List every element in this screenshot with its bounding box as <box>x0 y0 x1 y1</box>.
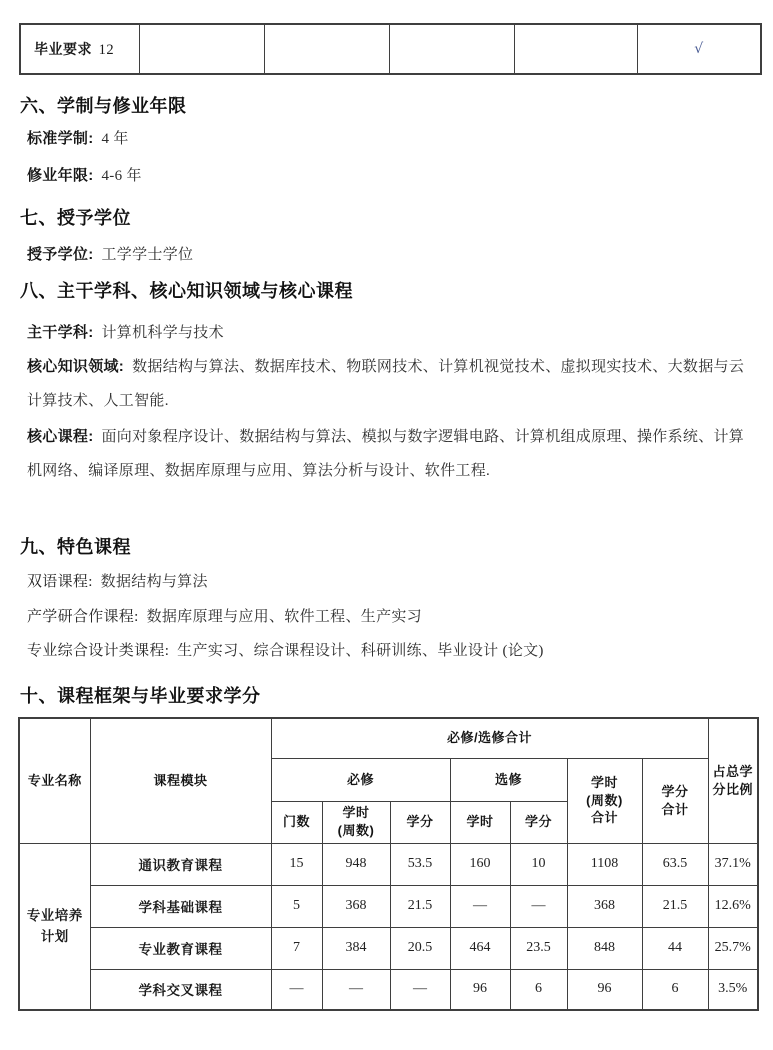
requirement-number: 12 <box>99 42 115 58</box>
empty-cell <box>264 24 389 74</box>
value-cell: 464 <box>450 927 510 969</box>
value-cell: 15 <box>271 843 322 885</box>
value-cell: 23.5 <box>510 927 567 969</box>
value-cell: 12.6% <box>708 885 758 927</box>
field-degree: 授予学位:工学学士学位 <box>27 238 755 272</box>
header-req-hours: 学时 (周数) <box>322 801 390 843</box>
header-combined-total: 必修/选修合计 <box>271 718 708 758</box>
header-required: 必修 <box>271 758 450 801</box>
field-design-courses: 专业综合设计类课程:生产实习、综合课程设计、科研训练、毕业设计 (论文) <box>27 634 755 668</box>
field-value: 工学学士学位 <box>102 247 194 263</box>
field-value: 计算机科学与技术 <box>102 325 224 341</box>
header-major-name: 专业名称 <box>19 718 90 843</box>
value-cell: 44 <box>642 927 708 969</box>
value-cell: 5 <box>271 885 322 927</box>
header-req-credits: 学分 <box>390 801 450 843</box>
module-cell: 通识教育课程 <box>90 843 271 885</box>
field-industry-courses: 产学研合作课程:数据库原理与应用、软件工程、生产实习 <box>27 600 755 634</box>
table-row: 学科交叉课程 — — — 96 6 96 6 3.5% <box>19 969 758 1010</box>
requirement-label-cell: 毕业要求 12 <box>20 24 139 74</box>
value-cell: 21.5 <box>390 885 450 927</box>
value-cell: 21.5 <box>642 885 708 927</box>
field-label: 产学研合作课程: <box>27 609 139 625</box>
value-cell: 25.7% <box>708 927 758 969</box>
document-page: 毕业要求 12 √ 六、学制与修业年限 标准学制:4 年 修业年限:4-6 年 … <box>0 0 773 1050</box>
value-cell: 6 <box>642 969 708 1010</box>
value-cell: 63.5 <box>642 843 708 885</box>
graduation-requirement-row: 毕业要求 12 √ <box>20 24 761 74</box>
section-title-8: 八、主干学科、核心知识领域与核心课程 <box>20 277 353 303</box>
field-label: 专业综合设计类课程: <box>27 643 169 659</box>
value-cell: 53.5 <box>390 843 450 885</box>
field-value: 4-6 年 <box>102 168 142 184</box>
header-total-credits: 学分 合计 <box>642 758 708 843</box>
value-cell: — <box>510 885 567 927</box>
requirement-label: 毕业要求 <box>34 41 92 57</box>
field-value: 4 年 <box>102 131 129 147</box>
value-cell: 848 <box>567 927 642 969</box>
field-label: 核心课程: <box>27 428 94 445</box>
field-label: 双语课程: <box>27 574 93 590</box>
value-cell: 368 <box>567 885 642 927</box>
empty-cell <box>139 24 264 74</box>
field-standard-duration: 标准学制:4 年 <box>27 122 755 156</box>
field-core-courses: 核心课程:面向对象程序设计、数据结构与算法、模拟与数字逻辑电路、计算机组成原理、… <box>27 420 755 488</box>
value-cell: 7 <box>271 927 322 969</box>
value-cell: 96 <box>567 969 642 1010</box>
section-title-10: 十、课程框架与毕业要求学分 <box>20 682 261 708</box>
value-cell: 160 <box>450 843 510 885</box>
field-bilingual-courses: 双语课程:数据结构与算法 <box>27 565 755 599</box>
value-cell: 20.5 <box>390 927 450 969</box>
value-cell: — <box>322 969 390 1010</box>
header-ele-credits: 学分 <box>510 801 567 843</box>
field-value: 数据结构与算法、数据库技术、物联网技术、计算机视觉技术、虚拟现实技术、大数据与云… <box>27 359 744 409</box>
value-cell: 948 <box>322 843 390 885</box>
header-elective: 选修 <box>450 758 567 801</box>
header-row-1: 专业名称 课程模块 必修/选修合计 占总学分比例 <box>19 718 758 758</box>
field-label: 核心知识领域: <box>27 358 124 375</box>
section-title-7: 七、授予学位 <box>20 204 131 230</box>
value-cell: — <box>271 969 322 1010</box>
header-total-hours: 学时 (周数) 合计 <box>567 758 642 843</box>
value-cell: 3.5% <box>708 969 758 1010</box>
header-ele-hours: 学时 <box>450 801 510 843</box>
value-cell: 384 <box>322 927 390 969</box>
value-cell: 1108 <box>567 843 642 885</box>
table-row: 专业教育课程 7 384 20.5 464 23.5 848 44 25.7% <box>19 927 758 969</box>
major-plan-cell: 专业培养计划 <box>19 843 90 1010</box>
empty-cell <box>389 24 514 74</box>
section-title-6: 六、学制与修业年限 <box>20 92 187 118</box>
field-label: 修业年限: <box>27 167 94 184</box>
module-cell: 专业教育课程 <box>90 927 271 969</box>
empty-cell <box>514 24 637 74</box>
field-label: 授予学位: <box>27 246 94 263</box>
value-cell: — <box>450 885 510 927</box>
module-cell: 学科基础课程 <box>90 885 271 927</box>
field-value: 数据库原理与应用、软件工程、生产实习 <box>147 609 422 625</box>
field-label: 标准学制: <box>27 130 94 147</box>
value-cell: 10 <box>510 843 567 885</box>
field-value: 数据结构与算法 <box>101 574 208 590</box>
value-cell: 37.1% <box>708 843 758 885</box>
field-label: 主干学科: <box>27 324 94 341</box>
field-main-discipline: 主干学科:计算机科学与技术 <box>27 316 755 350</box>
credit-framework-table: 专业名称 课程模块 必修/选修合计 占总学分比例 必修 选修 学时 (周数) 合… <box>18 717 759 1011</box>
value-cell: 6 <box>510 969 567 1010</box>
check-cell: √ <box>637 24 761 74</box>
field-value: 生产实习、综合课程设计、科研训练、毕业设计 (论文) <box>177 643 544 659</box>
header-req-count: 门数 <box>271 801 322 843</box>
field-core-knowledge: 核心知识领域:数据结构与算法、数据库技术、物联网技术、计算机视觉技术、虚拟现实技… <box>27 350 755 418</box>
field-value: 面向对象程序设计、数据结构与算法、模拟与数字逻辑电路、计算机组成原理、操作系统、… <box>27 429 744 479</box>
value-cell: — <box>390 969 450 1010</box>
module-cell: 学科交叉课程 <box>90 969 271 1010</box>
header-percent-of-total: 占总学分比例 <box>708 718 758 843</box>
header-course-module: 课程模块 <box>90 718 271 843</box>
table-row: 学科基础课程 5 368 21.5 — — 368 21.5 12.6% <box>19 885 758 927</box>
section-title-9: 九、特色课程 <box>20 533 131 559</box>
value-cell: 368 <box>322 885 390 927</box>
checkmark-icon: √ <box>694 41 703 57</box>
field-study-years: 修业年限:4-6 年 <box>27 159 755 193</box>
graduation-requirement-table: 毕业要求 12 √ <box>19 23 762 75</box>
table-row: 专业培养计划 通识教育课程 15 948 53.5 160 10 1108 63… <box>19 843 758 885</box>
value-cell: 96 <box>450 969 510 1010</box>
